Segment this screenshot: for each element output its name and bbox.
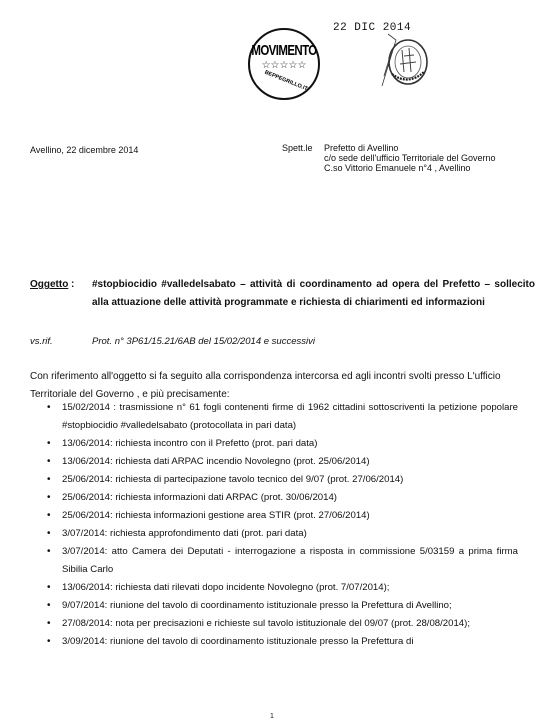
list-item: 13/06/2014: richiesta dati ARPAC incendi…: [30, 453, 518, 471]
list-item: 3/07/2014: atto Camera dei Deputati - in…: [30, 543, 518, 579]
prefecture-seal-stamp-icon: [378, 28, 430, 88]
list-item: 25/06/2014: richiesta informazioni dati …: [30, 489, 518, 507]
recipient-line: Prefetto di Avellino: [324, 143, 495, 153]
movimento-logo: MOVIMENTO ☆☆☆☆☆ BEPPEGRILLO.IT: [248, 28, 320, 100]
logo-subtitle: BEPPEGRILLO.IT: [261, 68, 311, 93]
list-item: 13/06/2014: richiesta incontro con il Pr…: [30, 435, 518, 453]
recipient-line: C.so Vittorio Emanuele n°4 , Avellino: [324, 163, 495, 173]
list-item: 15/02/2014 : trasmissione n° 61 fogli co…: [30, 399, 518, 435]
list-item: 3/09/2014: riunione del tavolo di coordi…: [30, 633, 518, 651]
list-item: 25/06/2014: richiesta informazioni gesti…: [30, 507, 518, 525]
page-number: 1: [270, 713, 274, 720]
reference-text: Prot. n° 3P61/15.21/6AB del 15/02/2014 e…: [92, 336, 315, 347]
subject-label: Oggetto: [30, 276, 68, 294]
list-item: 3/07/2014: richiesta approfondimento dat…: [30, 525, 518, 543]
recipient-label: Spett.le: [282, 143, 313, 153]
subject-text: #stopbiocidio #valledelsabato – attività…: [92, 276, 535, 312]
recipient-address: Prefetto di Avellino c/o sede dell'uffic…: [324, 143, 495, 173]
place-and-date: Avellino, 22 dicembre 2014: [30, 145, 138, 155]
list-item: 13/06/2014: richiesta dati rilevati dopo…: [30, 579, 518, 597]
subject-colon: :: [71, 276, 74, 294]
list-item: 27/08/2014: nota per precisazioni e rich…: [30, 615, 518, 633]
list-item: 9/07/2014: riunione del tavolo di coordi…: [30, 597, 518, 615]
recipient-line: c/o sede dell'ufficio Territoriale del G…: [324, 153, 495, 163]
reference-label: vs.rif.: [30, 336, 53, 347]
correspondence-list: 15/02/2014 : trasmissione n° 61 fogli co…: [30, 399, 518, 651]
list-item: 25/06/2014: richiesta di partecipazione …: [30, 471, 518, 489]
star-icons: ☆☆☆☆☆: [250, 60, 318, 71]
logo-title: MOVIMENTO: [250, 44, 318, 59]
